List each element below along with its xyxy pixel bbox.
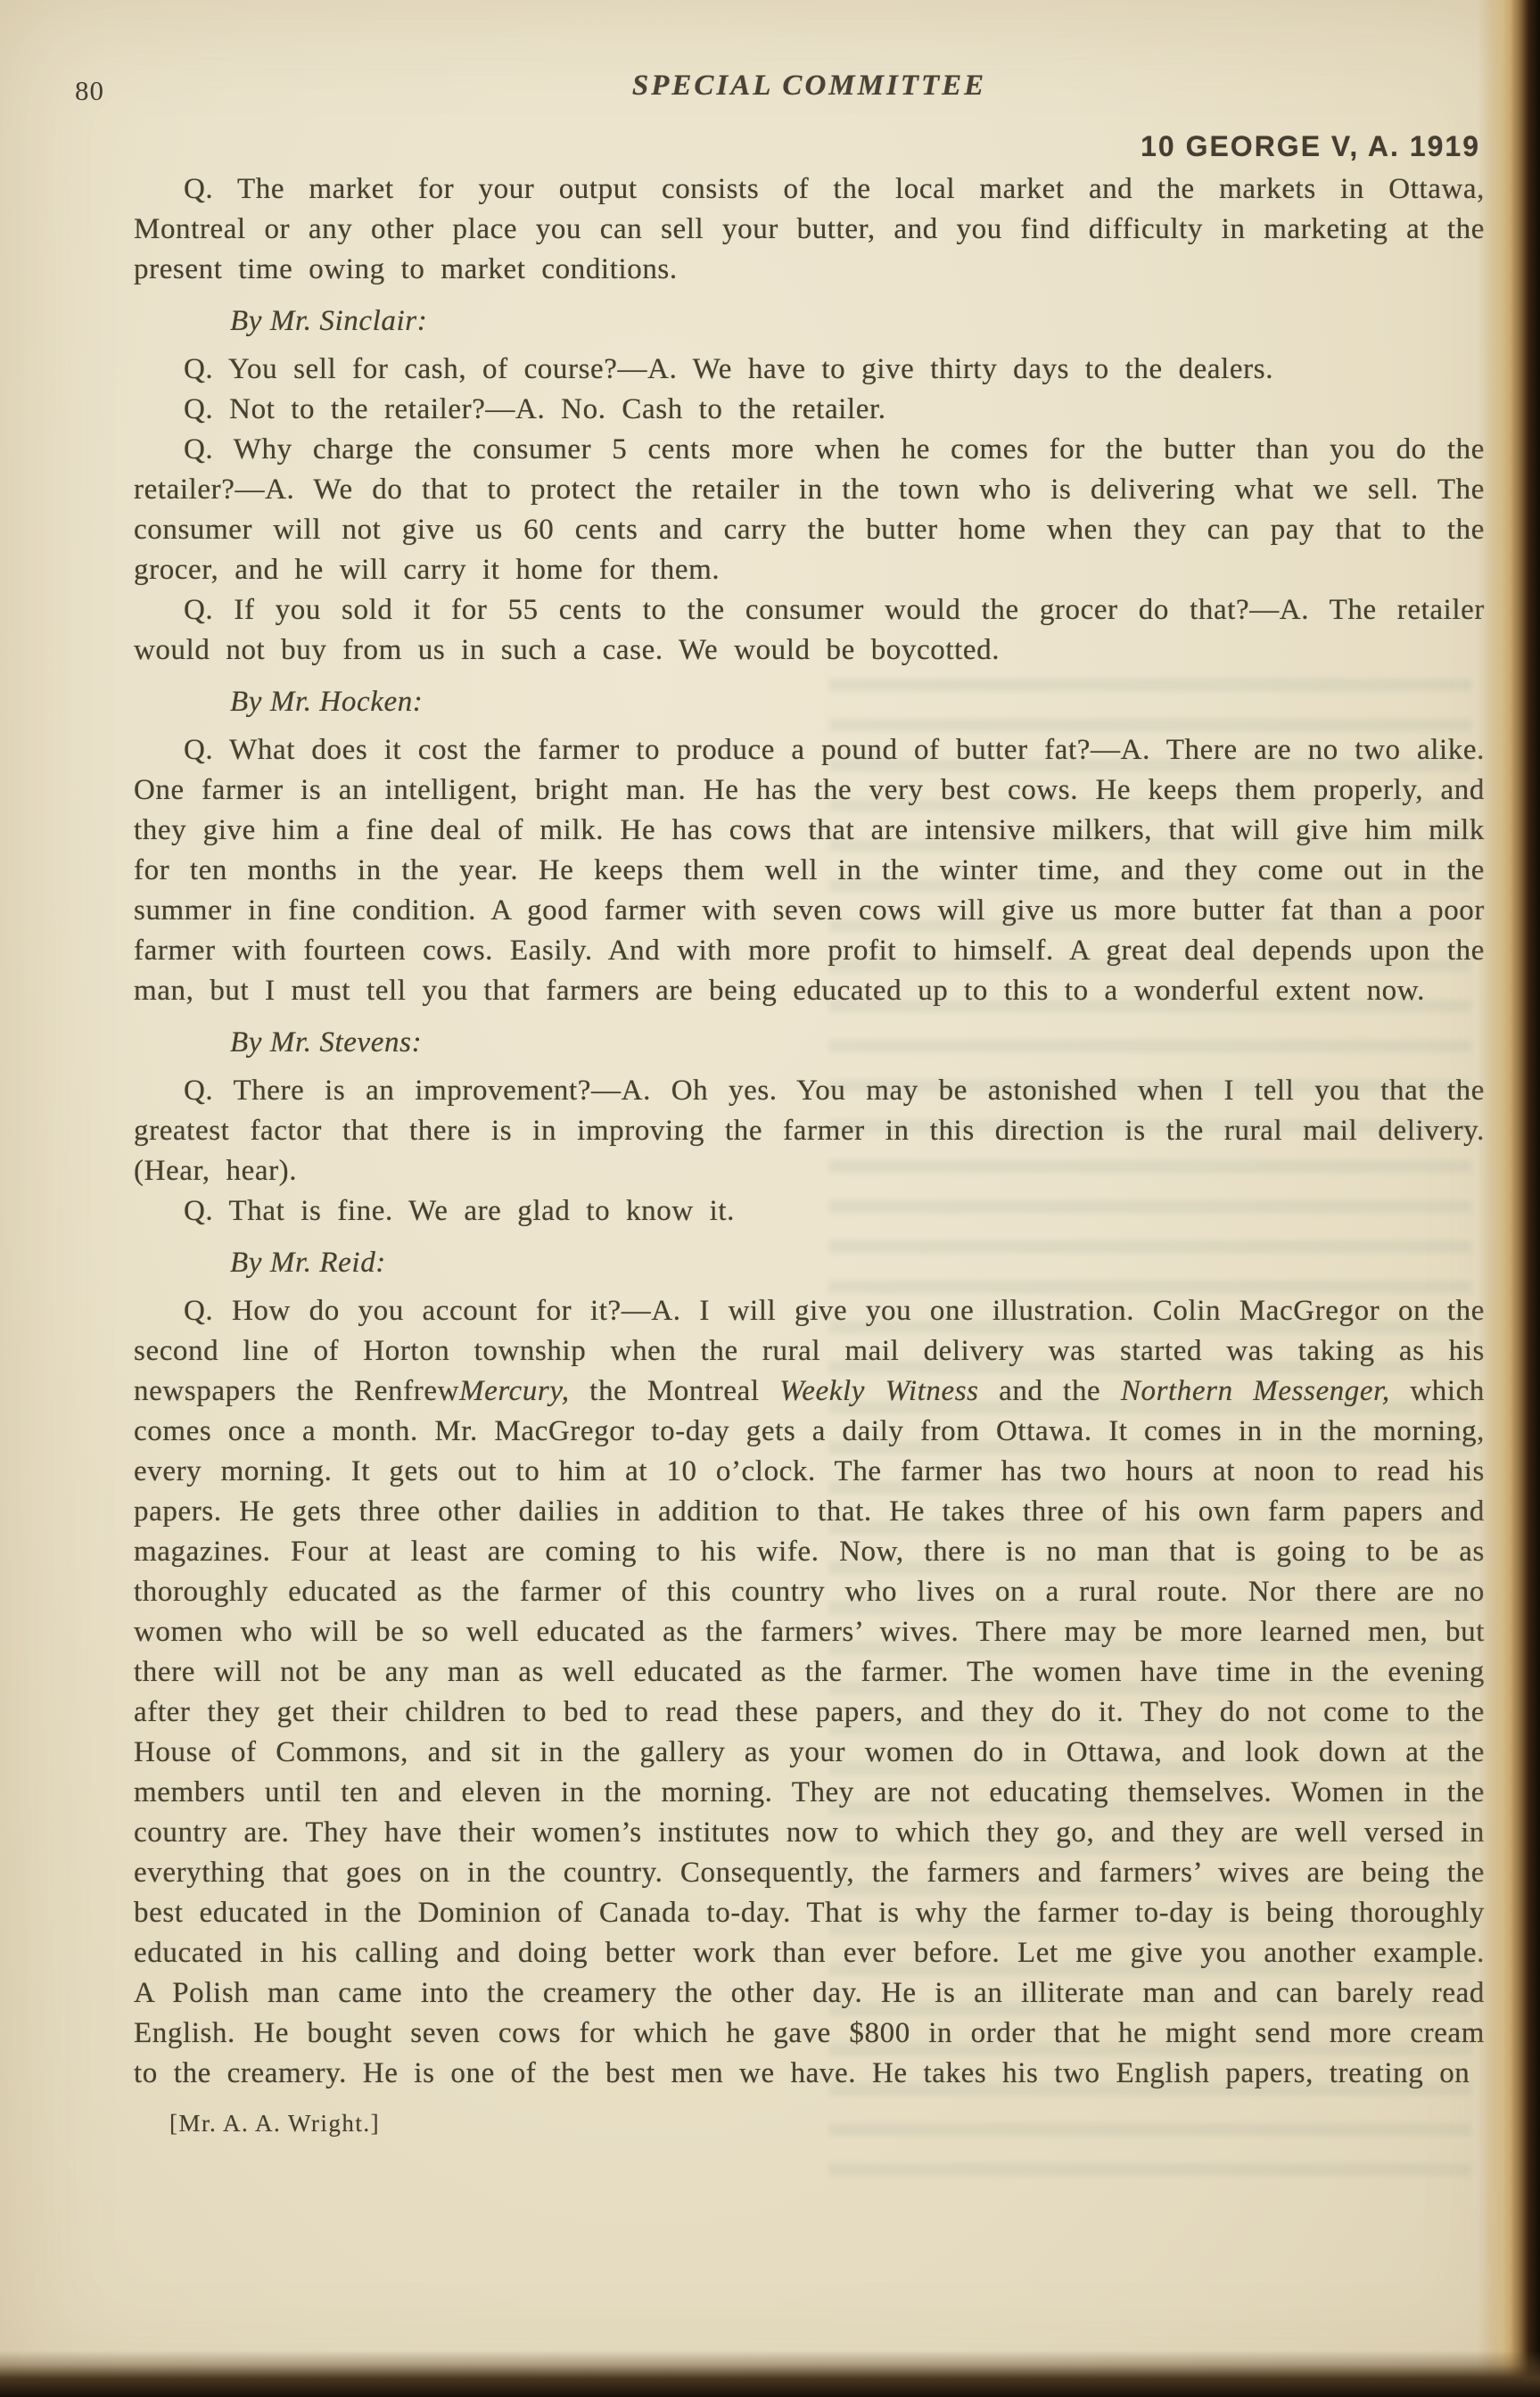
paragraph-text: Q. You sell for cash, of course?—A. We h… <box>184 353 1273 385</box>
paragraph-text: Q. There is an improvement?—A. Oh yes. Y… <box>134 1075 1485 1187</box>
speaker-heading: By Mr. Reid: <box>230 1243 1485 1283</box>
paragraph-text: which comes once a month. Mr. MacGregor … <box>134 1375 1485 2089</box>
speaker-heading: By Mr. Hocken: <box>230 682 1485 722</box>
session-header: 10 GEORGE V, A. 1919 <box>1141 130 1480 163</box>
transcript-paragraph: Q. Not to the retailer?—A. No. Cash to t… <box>134 390 1485 430</box>
paragraph-text: and the <box>979 1375 1121 1407</box>
running-title: SPECIAL COMMITTEE <box>134 70 1485 103</box>
publication-title: Mercury, <box>459 1375 570 1407</box>
transcript-paragraph: Q. The market for your output consists o… <box>134 169 1485 290</box>
page-edge-shadow-right <box>1478 0 1540 2397</box>
transcript-paragraph: Q. There is an improvement?—A. Oh yes. Y… <box>134 1071 1485 1191</box>
page-edge-shadow-bottom <box>0 2351 1540 2397</box>
page-number: 80 <box>75 75 104 107</box>
paragraph-text: Q. If you sold it for 55 cents to the co… <box>134 594 1485 666</box>
transcript-paragraph: Q. You sell for cash, of course?—A. We h… <box>134 350 1485 390</box>
paragraph-text: Q. Not to the retailer?—A. No. Cash to t… <box>184 393 886 425</box>
publication-title: Northern Messenger, <box>1121 1375 1390 1407</box>
witness-footer-signature: [Mr. A. A. Wright.] <box>169 2110 1485 2138</box>
scanned-book-page: 80 SPECIAL COMMITTEE 10 GEORGE V, A. 191… <box>0 0 1540 2397</box>
publication-title: Weekly Witness <box>779 1375 978 1407</box>
paragraph-text: the Montreal <box>570 1375 780 1407</box>
speaker-heading: By Mr. Stevens: <box>230 1023 1485 1063</box>
paragraph-text: Q. What does it cost the farmer to produ… <box>134 734 1485 1007</box>
paragraph-text: Q. That is fine. We are glad to know it. <box>184 1195 735 1227</box>
transcript-paragraph: Q. What does it cost the farmer to produ… <box>134 730 1485 1011</box>
speaker-heading: By Mr. Sinclair: <box>230 301 1485 342</box>
paragraph-text: Q. Why charge the consumer 5 cents more … <box>134 433 1485 586</box>
transcript-paragraph: Q. That is fine. We are glad to know it. <box>134 1191 1485 1231</box>
transcript-paragraph: Q. How do you account for it?—A. I will … <box>134 1291 1485 2094</box>
transcript: Q. The market for your output consists o… <box>134 169 1485 2138</box>
transcript-paragraph: Q. If you sold it for 55 cents to the co… <box>134 590 1485 671</box>
transcript-paragraph: Q. Why charge the consumer 5 cents more … <box>134 430 1485 590</box>
paragraph-text: Q. The market for your output consists o… <box>134 173 1485 285</box>
